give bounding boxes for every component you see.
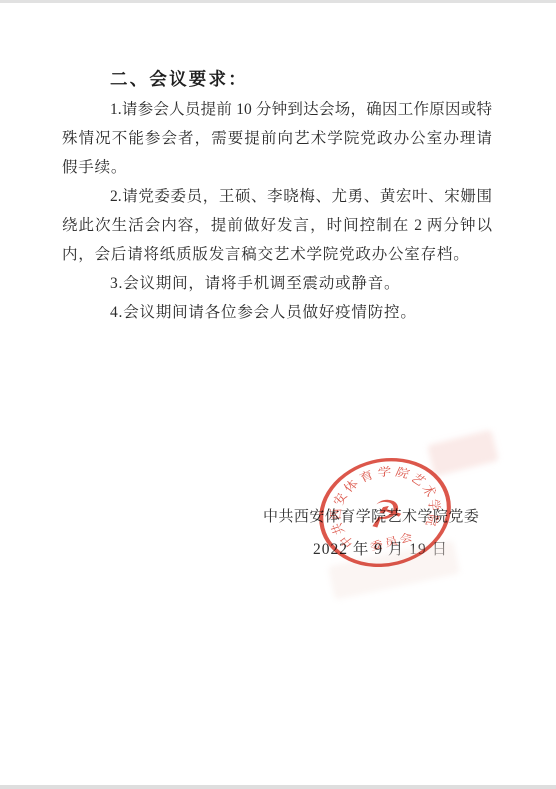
seal-arc-char: 术 xyxy=(419,482,440,499)
seal-arc-char: 院 xyxy=(393,466,412,481)
seal-arc-char: 体 xyxy=(340,477,362,495)
section-heading: 二、会议要求： xyxy=(62,64,492,95)
paragraph-1-line-3: 假手续。 xyxy=(62,153,492,182)
seal-arc-char: 院 xyxy=(423,513,442,527)
paragraph-1-line-2: 殊情况不能参会者，需要提前向艺术学院党政办公室办理请 xyxy=(62,124,492,153)
seal-arc-char: 西 xyxy=(328,508,344,520)
seal-arc-char: 育 xyxy=(357,468,376,485)
paragraph-1-line-1: 1.请参会人员提前 10 分钟到达会场，确因工作原因或特 xyxy=(62,95,492,124)
seal-arc-char: 中 xyxy=(336,533,357,551)
page-edge-bottom xyxy=(0,785,556,789)
paragraph-2-line-1: 2.请党委委员，王硕、李晓梅、尤勇、黄宏叶、宋姗围 xyxy=(62,182,492,211)
seal-arc-char: 学 xyxy=(377,465,391,479)
document-body: 二、会议要求： 1.请参会人员提前 10 分钟到达会场，确因工作原因或特 殊情况… xyxy=(62,64,492,327)
document-page: 二、会议要求： 1.请参会人员提前 10 分钟到达会场，确因工作原因或特 殊情况… xyxy=(0,0,556,789)
seal-arc-char: 学 xyxy=(426,498,442,512)
seal-arc-char: 共 xyxy=(328,521,348,537)
paragraph-3-line-1: 3.会议期间，请将手机调至震动或静音。 xyxy=(62,269,492,298)
paragraph-4-line-1: 4.会议期间请各位参会人员做好疫情防控。 xyxy=(62,298,492,327)
paragraph-2-line-2: 绕此次生活会内容，提前做好发言，时间控制在 2 两分钟以 xyxy=(62,211,492,240)
page-edge-top xyxy=(0,0,556,3)
paragraph-2-line-3: 内，会后请将纸质版发言稿交艺术学院党政办公室存档。 xyxy=(62,240,492,269)
seal-arc-char: 安 xyxy=(330,491,351,507)
hammer-and-sickle-icon: ☭ xyxy=(362,490,409,538)
